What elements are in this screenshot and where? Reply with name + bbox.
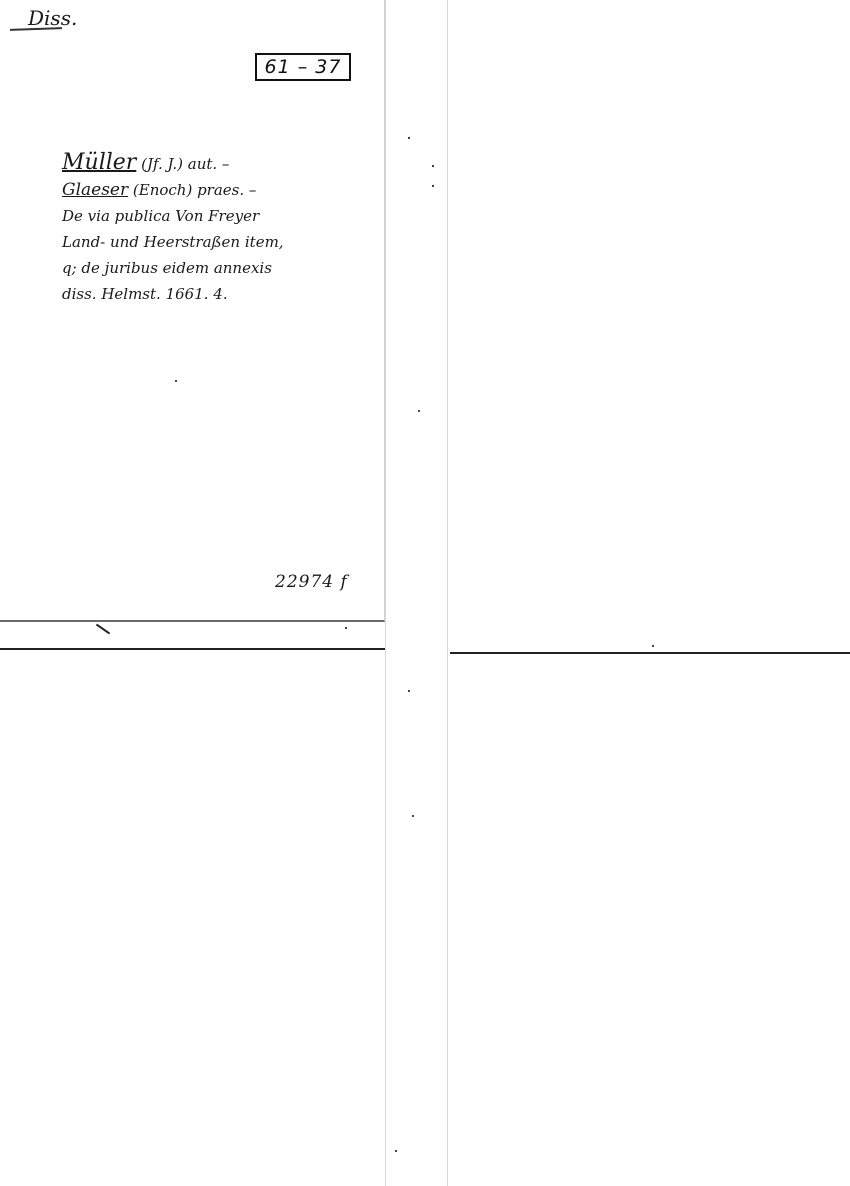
entry-praeses-line: Glaeser (Enoch) praes. – (62, 177, 362, 203)
entry-author-line: Müller (Jf. J.) aut. – (62, 150, 362, 177)
author-role: (Jf. J.) aut. – (141, 155, 229, 173)
scan-speck (395, 1150, 397, 1152)
catalog-card: Diss. 61 – 37 Müller (Jf. J.) aut. – Gla… (0, 0, 385, 622)
entry-title-line-2: Land- und Heerstraßen item, (62, 229, 362, 255)
scan-fold-line-left (385, 0, 386, 1186)
scan-speck (408, 690, 410, 692)
scan-speck (432, 185, 434, 187)
scan-speck (418, 410, 420, 412)
praeses-role: (Enoch) praes. – (133, 181, 257, 199)
author-name: Müller (62, 150, 136, 175)
catalog-entry: Müller (Jf. J.) aut. – Glaeser (Enoch) p… (62, 150, 362, 307)
scan-speck (412, 815, 414, 817)
scan-mark (96, 624, 110, 635)
scan-fold-line-right (447, 0, 448, 1186)
accession-number: 22974 f (275, 572, 348, 592)
signum-underline (10, 27, 62, 31)
entry-imprint-line: diss. Helmst. 1661. 4. (62, 281, 362, 307)
scan-speck (432, 165, 434, 167)
scan-speck (345, 627, 347, 629)
scan-edge-left (0, 648, 385, 650)
scan-speck (175, 380, 177, 382)
scan-speck (652, 645, 654, 647)
scan-edge-right (450, 652, 850, 654)
scan-speck (408, 137, 410, 139)
entry-title-line-1: De via publica Von Freyer (62, 203, 362, 229)
shelfmark-box: 61 – 37 (255, 53, 351, 81)
praeses-name: Glaeser (62, 180, 128, 200)
entry-title-line-3: q; de juribus eidem annexis (62, 255, 362, 281)
